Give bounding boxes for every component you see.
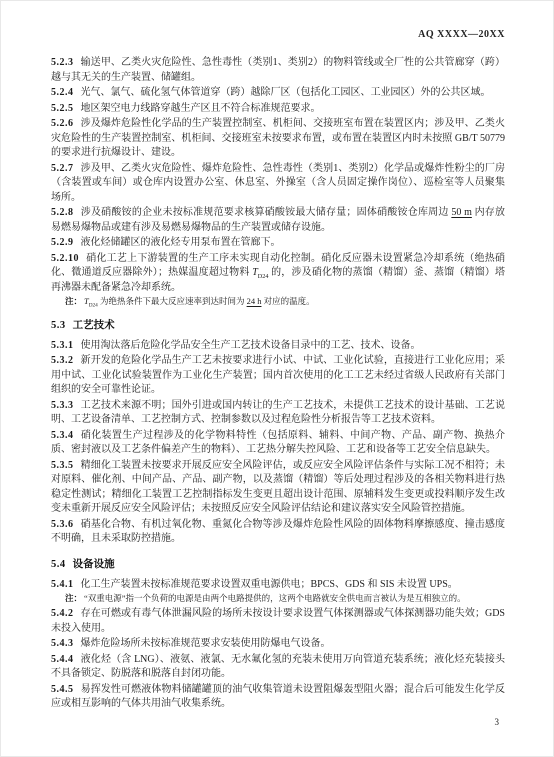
- clause-5-2-9: 5.2.9液化烃储罐区的液化烃专用泵布置在管廊下。: [51, 236, 505, 251]
- clause-number: 5.3.2: [51, 355, 74, 366]
- clause-number: 5.2.5: [51, 103, 74, 114]
- clause-5-4-2: 5.4.2存在可燃或有毒气体泄漏风险的场所未按设计要求设置气体探测器或气体探测器…: [51, 607, 505, 636]
- section-number: 5.3: [51, 320, 66, 331]
- section-title: 设备设施: [73, 559, 115, 570]
- clause-5-3-1: 5.3.1使用淘汰落后危险化学品安全生产工艺技术设备目录中的工艺、技术、设备。: [51, 339, 505, 354]
- clause-number: 5.4.4: [51, 654, 74, 665]
- clause-number: 5.2.3: [51, 57, 74, 68]
- clause-5-2-10: 5.2.10硝化工艺上下游装置的生产工序未实现自动化控制。硝化反应器未设置紧急冷…: [51, 252, 505, 296]
- clause-number: 5.4.1: [51, 579, 74, 590]
- clause-text: 涉及甲、乙类火灾危险性、爆炸危险性、急性毒性（类别1、类别2）化学品或爆炸性粉尘…: [51, 163, 505, 203]
- clause-5-3-3: 5.3.3工艺技术来源不明；国外引进或国内转让的生产工艺技术，未提供工艺技术的设…: [51, 399, 505, 428]
- clause-5-2-7: 5.2.7涉及甲、乙类火灾危险性、爆炸危险性、急性毒性（类别1、类别2）化学品或…: [51, 162, 505, 206]
- note-text: 对应的温度。: [261, 296, 314, 306]
- clause-5-2-4: 5.2.4光气、氯气、硫化氢气体管道穿（跨）越除厂区（包括化工园区、工业园区）外…: [51, 86, 505, 101]
- clause-5-3-2: 5.3.2新开发的危险化学品生产工艺未按要求进行小试、中试、工业化试验，直接进行…: [51, 354, 505, 398]
- clause-text: 地区架空电力线路穿越生产区且不符合标准规范要求。: [81, 103, 321, 114]
- clause-text: 存在可燃或有毒气体泄漏风险的场所未按设计要求设置气体探测器或气体探测器功能失效；…: [51, 608, 505, 634]
- clause-number: 5.2.7: [51, 163, 74, 174]
- document-page: { "page": { "standard_code": "AQ XXXX—20…: [0, 0, 554, 757]
- note-label: 注：: [65, 593, 82, 603]
- clause-number: 5.2.4: [51, 87, 74, 98]
- clause-number: 5.4.3: [51, 638, 74, 649]
- note-text: 为绝热条件下最大反应速率到达时间为: [98, 296, 247, 306]
- clause-text: 硝化装置生产过程涉及的化学物料特性（包括原料、辅料、中间产物、产品、副产物、换热…: [51, 430, 505, 456]
- clause-number: 5.3.1: [51, 340, 74, 351]
- clause-number: 5.3.3: [51, 400, 74, 411]
- clause-number: 5.2.8: [51, 207, 74, 218]
- clause-text: 硝基化合物、有机过氧化物、重氮化合物等涉及爆炸危险性风险的固体物料摩擦感度、撞击…: [51, 519, 505, 545]
- clause-number: 5.2.6: [51, 118, 74, 129]
- clause-text: 化工生产装置未按标准规范要求设置双重电源供电；BPCS、GDS 和 SIS 未设…: [81, 579, 458, 590]
- clause-number: 5.4.2: [51, 608, 74, 619]
- section-heading-5-4: 5.4设备设施: [51, 556, 505, 571]
- clause-text: 涉及爆炸危险性化学品的生产装置控制室、机柜间、交接班室布置在装置区内；涉及甲、乙…: [51, 118, 505, 158]
- clause-text: 新开发的危险化学品生产工艺未按要求进行小试、中试、工业化试验，直接进行工业化应用…: [51, 355, 505, 395]
- clause-text: 液化烃（含 LNG）、液氨、液氯、无水氟化氢的充装未使用万向管道充装系统；液化烃…: [51, 654, 505, 680]
- clause-text: 爆炸危险场所未按标准规范要求安装使用防爆电气设备。: [81, 638, 331, 649]
- section-heading-5-3: 5.3工艺技术: [51, 317, 505, 332]
- clause-5-2-5: 5.2.5地区架空电力线路穿越生产区且不符合标准规范要求。: [51, 102, 505, 117]
- clause-text: 涉及硝酸铵的企业未按标准规范要求核算硝酸铵最大储存量；固体硝酸铵仓库周边: [81, 207, 452, 218]
- clause-number: 5.3.5: [51, 460, 74, 471]
- page-body: AQ XXXX—20XX 5.2.3输送甲、乙类火灾危险性、急性毒性（类别1、类…: [1, 1, 553, 727]
- section-title: 工艺技术: [73, 320, 115, 331]
- clause-5-3-4: 5.3.4硝化装置生产过程涉及的化学物料特性（包括原料、辅料、中间产物、产品、副…: [51, 429, 505, 458]
- clause-5-4-4: 5.4.4液化烃（含 LNG）、液氨、液氯、无水氟化氢的充装未使用万向管道充装系…: [51, 653, 505, 682]
- temperature-symbol-subscript: D24: [258, 273, 269, 280]
- clause-number: 5.3.4: [51, 430, 74, 441]
- clause-text: 工艺技术来源不明；国外引进或国内转让的生产工艺技术，未提供工艺技术的设计基础、工…: [51, 400, 505, 426]
- clause-5-4-5: 5.4.5易挥发性可燃液体物料储罐罐顶的油气收集管道未设置阻爆轰型阻火器；混合后…: [51, 683, 505, 712]
- note-5-2-10: 注：TD24 为绝热条件下最大反应速率到达时间为 24 h 对应的温度。: [51, 296, 505, 308]
- temperature-symbol-subscript: D24: [89, 303, 98, 309]
- clause-5-3-6: 5.3.6硝基化合物、有机过氧化物、重氮化合物等涉及爆炸危险性风险的固体物料摩擦…: [51, 518, 505, 547]
- page-number: 3: [51, 717, 505, 727]
- clause-number: 5.2.10: [51, 253, 79, 264]
- clause-number: 5.4.5: [51, 684, 74, 695]
- underlined-value: 50 m: [451, 207, 472, 218]
- clause-5-3-5: 5.3.5精细化工装置未按要求开展反应安全风险评估，或反应安全风险评估条件与实际…: [51, 459, 505, 517]
- clause-5-4-1: 5.4.1化工生产装置未按标准规范要求设置双重电源供电；BPCS、GDS 和 S…: [51, 578, 505, 593]
- note-label: 注：: [65, 296, 82, 306]
- clause-5-4-3: 5.4.3爆炸危险场所未按标准规范要求安装使用防爆电气设备。: [51, 637, 505, 652]
- clause-text: 易挥发性可燃液体物料储罐罐顶的油气收集管道未设置阻爆轰型阻火器；混合后可能发生化…: [51, 684, 505, 710]
- clause-text: 使用淘汰落后危险化学品安全生产工艺技术设备目录中的工艺、技术、设备。: [81, 340, 421, 351]
- clause-5-2-3: 5.2.3输送甲、乙类火灾危险性、急性毒性（类别1、类别2）的物料管线或全厂性的…: [51, 56, 505, 85]
- clause-text: 光气、氯气、硫化氢气体管道穿（跨）越除厂区（包括化工园区、工业园区）外的公共区域…: [81, 87, 491, 98]
- note-5-4-1: 注：“双重电源”指一个负荷的电源是由两个电路提供的，这两个电路就安全供电而言被认…: [51, 593, 505, 605]
- underlined-value: 24 h: [247, 296, 262, 306]
- note-text: “双重电源”指一个负荷的电源是由两个电路提供的，这两个电路就安全供电而言被认为是…: [84, 593, 466, 603]
- clause-5-2-8: 5.2.8涉及硝酸铵的企业未按标准规范要求核算硝酸铵最大储存量；固体硝酸铵仓库周…: [51, 206, 505, 235]
- clause-number: 5.2.9: [51, 237, 74, 248]
- clause-text: 输送甲、乙类火灾危险性、急性毒性（类别1、类别2）的物料管线或全厂性的公共管廊穿…: [51, 57, 505, 83]
- clause-5-2-6: 5.2.6涉及爆炸危险性化学品的生产装置控制室、机柜间、交接班室布置在装置区内；…: [51, 117, 505, 161]
- section-number: 5.4: [51, 559, 66, 570]
- standard-code: AQ XXXX—20XX: [51, 29, 505, 40]
- clause-text: 液化烃储罐区的液化烃专用泵布置在管廊下。: [81, 237, 281, 248]
- clause-number: 5.3.6: [51, 519, 74, 530]
- clause-text: 精细化工装置未按要求开展反应安全风险评估，或反应安全风险评估条件与实际工况不相符…: [51, 460, 505, 515]
